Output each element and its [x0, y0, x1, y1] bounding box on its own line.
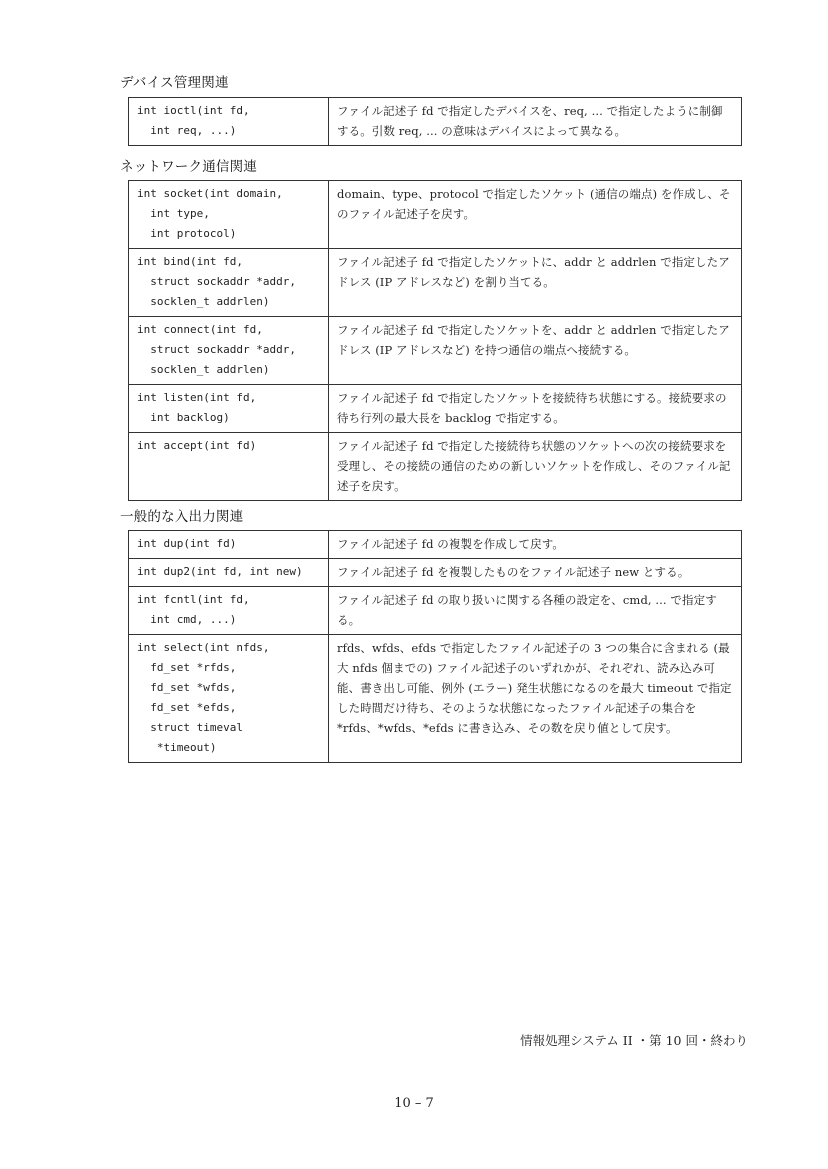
table-row: int dup(int fd) ファイル記述子 fd の複製を作成して戻す。 [129, 531, 742, 559]
function-signature: int ioctl(int fd, int req, ...) [129, 98, 329, 146]
table-row: int ioctl(int fd, int req, ...) ファイル記述子 … [129, 98, 742, 146]
footer-course-title: 情報処理システム II ・第 10 回・終わり [0, 1031, 748, 1049]
table-row: int connect(int fd, struct sockaddr *add… [129, 317, 742, 385]
function-signature: int connect(int fd, struct sockaddr *add… [129, 317, 329, 385]
io-api-table: int dup(int fd) ファイル記述子 fd の複製を作成して戻す。 i… [128, 530, 742, 763]
function-description: ファイル記述子 fd の複製を作成して戻す。 [329, 531, 742, 559]
network-api-table: int socket(int domain, int type, int pro… [128, 180, 742, 501]
section-title-network: ネットワーク通信関連 [120, 155, 257, 175]
function-description: domain、type、protocol で指定したソケット (通信の端点) を… [329, 181, 742, 249]
function-description: ファイル記述子 fd を複製したものをファイル記述子 new とする。 [329, 559, 742, 587]
function-signature: int fcntl(int fd, int cmd, ...) [129, 587, 329, 635]
function-description: ファイル記述子 fd で指定したデバイスを、req, ... で指定したように制… [329, 98, 742, 146]
device-api-table: int ioctl(int fd, int req, ...) ファイル記述子 … [128, 97, 742, 146]
function-signature: int dup2(int fd, int new) [129, 559, 329, 587]
table-row: int socket(int domain, int type, int pro… [129, 181, 742, 249]
function-signature: int bind(int fd, struct sockaddr *addr, … [129, 249, 329, 317]
function-description: rfds、wfds、efds で指定したファイル記述子の 3 つの集合に含まれる… [329, 635, 742, 763]
function-signature: int accept(int fd) [129, 433, 329, 501]
table-row: int dup2(int fd, int new) ファイル記述子 fd を複製… [129, 559, 742, 587]
function-signature: int listen(int fd, int backlog) [129, 385, 329, 433]
table-row: int select(int nfds, fd_set *rfds, fd_se… [129, 635, 742, 763]
function-description: ファイル記述子 fd の取り扱いに関する各種の設定を、cmd, ... で指定す… [329, 587, 742, 635]
function-description: ファイル記述子 fd で指定したソケットを接続待ち状態にする。接続要求の待ち行列… [329, 385, 742, 433]
page-number: 10 – 7 [0, 1096, 828, 1111]
function-description: ファイル記述子 fd で指定した接続待ち状態のソケットへの次の接続要求を受理し、… [329, 433, 742, 501]
function-description: ファイル記述子 fd で指定したソケットを、addr と addrlen で指定… [329, 317, 742, 385]
table-row: int fcntl(int fd, int cmd, ...) ファイル記述子 … [129, 587, 742, 635]
table-row: int bind(int fd, struct sockaddr *addr, … [129, 249, 742, 317]
function-description: ファイル記述子 fd で指定したソケットに、addr と addrlen で指定… [329, 249, 742, 317]
function-signature: int select(int nfds, fd_set *rfds, fd_se… [129, 635, 329, 763]
table-row: int accept(int fd) ファイル記述子 fd で指定した接続待ち状… [129, 433, 742, 501]
function-signature: int dup(int fd) [129, 531, 329, 559]
function-signature: int socket(int domain, int type, int pro… [129, 181, 329, 249]
section-title-io: 一般的な入出力関連 [120, 505, 243, 525]
table-row: int listen(int fd, int backlog) ファイル記述子 … [129, 385, 742, 433]
section-title-device: デバイス管理関連 [120, 71, 229, 91]
